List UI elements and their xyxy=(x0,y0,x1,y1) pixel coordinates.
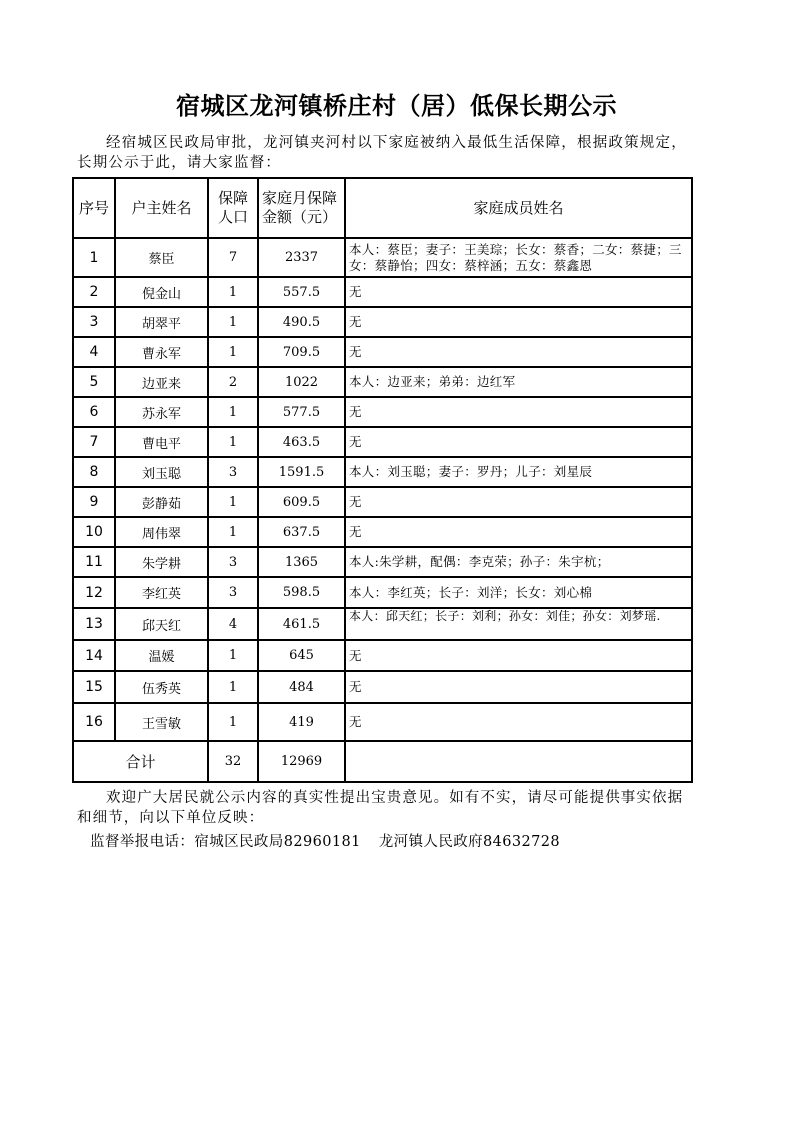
table-row: 4 曹永军 1 709.5 无 xyxy=(73,337,692,367)
cell-amount: 1022 xyxy=(258,367,345,397)
cell-head-name: 李红英 xyxy=(115,577,208,608)
total-row: 合计 32 12969 xyxy=(73,741,692,782)
cell-members: 无 xyxy=(345,277,692,307)
cell-seq: 14 xyxy=(73,640,115,671)
cell-persons: 1 xyxy=(208,427,258,457)
table-row: 6 苏永军 1 577.5 无 xyxy=(73,397,692,427)
cell-head-name: 王雪敏 xyxy=(115,703,208,741)
table-row: 8 刘玉聪 3 1591.5 本人：刘玉聪；妻子：罗丹；儿子：刘星辰 xyxy=(73,457,692,487)
total-label: 合计 xyxy=(73,741,208,782)
cell-head-name: 边亚来 xyxy=(115,367,208,397)
cell-members: 无 xyxy=(345,703,692,741)
header-head-name: 户主姓名 xyxy=(115,178,208,238)
cell-seq: 1 xyxy=(73,238,115,277)
cell-members: 无 xyxy=(345,640,692,671)
cell-amount: 577.5 xyxy=(258,397,345,427)
cell-members: 本人：刘玉聪；妻子：罗丹；儿子：刘星辰 xyxy=(345,457,692,487)
cell-members: 无 xyxy=(345,307,692,337)
total-persons: 32 xyxy=(208,741,258,782)
header-members: 家庭成员姓名 xyxy=(345,178,692,238)
cell-head-name: 温媛 xyxy=(115,640,208,671)
cell-seq: 8 xyxy=(73,457,115,487)
cell-amount: 637.5 xyxy=(258,517,345,547)
table-row: 13 邱天红 4 461.5 本人：邱天红；长子：刘利；孙女：刘佳；孙女：刘梦瑶… xyxy=(73,608,692,640)
hotline-label: 监督举报电话： xyxy=(90,834,194,850)
header-amount: 家庭月保障金额（元） xyxy=(258,178,345,238)
assistance-table: 序号 户主姓名 保障人口 家庭月保障金额（元） 家庭成员姓名 1 蔡臣 7 23… xyxy=(72,177,693,783)
cell-head-name: 周伟翠 xyxy=(115,517,208,547)
table-row: 7 曹电平 1 463.5 无 xyxy=(73,427,692,457)
cell-amount: 419 xyxy=(258,703,345,741)
total-amount: 12969 xyxy=(258,741,345,782)
cell-head-name: 倪金山 xyxy=(115,277,208,307)
cell-amount: 484 xyxy=(258,671,345,703)
cell-seq: 9 xyxy=(73,487,115,517)
table-row: 5 边亚来 2 1022 本人：边亚来；弟弟：边红军 xyxy=(73,367,692,397)
cell-amount: 557.5 xyxy=(258,277,345,307)
cell-seq: 15 xyxy=(73,671,115,703)
table-row: 11 朱学耕 3 1365 本人:朱学耕，配偶：李克荣；孙子：朱宇杭； xyxy=(73,547,692,577)
cell-persons: 3 xyxy=(208,547,258,577)
cell-seq: 10 xyxy=(73,517,115,547)
cell-seq: 3 xyxy=(73,307,115,337)
cell-amount: 598.5 xyxy=(258,577,345,608)
table-header-row: 序号 户主姓名 保障人口 家庭月保障金额（元） 家庭成员姓名 xyxy=(73,178,692,238)
hotline-line: 监督举报电话：宿城区民政局82960181龙河镇人民政府84632728 xyxy=(90,832,560,852)
cell-members: 本人：李红英；长子：刘洋；长女：刘心棉 xyxy=(345,577,692,608)
table-row: 1 蔡臣 7 2337 本人：蔡臣；妻子：王美琮；长女：蔡香；二女：蔡捷；三女：… xyxy=(73,238,692,277)
table-row: 10 周伟翠 1 637.5 无 xyxy=(73,517,692,547)
cell-seq: 7 xyxy=(73,427,115,457)
cell-members: 无 xyxy=(345,397,692,427)
cell-members: 无 xyxy=(345,337,692,367)
cell-amount: 1365 xyxy=(258,547,345,577)
cell-seq: 2 xyxy=(73,277,115,307)
cell-persons: 3 xyxy=(208,577,258,608)
cell-amount: 645 xyxy=(258,640,345,671)
table-row: 2 倪金山 1 557.5 无 xyxy=(73,277,692,307)
cell-amount: 463.5 xyxy=(258,427,345,457)
cell-members: 本人:朱学耕，配偶：李克荣；孙子：朱宇杭； xyxy=(345,547,692,577)
cell-amount: 709.5 xyxy=(258,337,345,367)
cell-amount: 490.5 xyxy=(258,307,345,337)
cell-members: 无 xyxy=(345,487,692,517)
cell-head-name: 苏永军 xyxy=(115,397,208,427)
cell-members: 本人：边亚来；弟弟：边红军 xyxy=(345,367,692,397)
cell-amount: 2337 xyxy=(258,238,345,277)
cell-seq: 13 xyxy=(73,608,115,640)
cell-persons: 1 xyxy=(208,337,258,367)
cell-amount: 1591.5 xyxy=(258,457,345,487)
cell-head-name: 蔡臣 xyxy=(115,238,208,277)
cell-members: 本人：邱天红；长子：刘利；孙女：刘佳；孙女：刘梦瑶. xyxy=(345,608,692,640)
hotline-town-government: 龙河镇人民政府84632728 xyxy=(379,834,560,850)
cell-seq: 4 xyxy=(73,337,115,367)
cell-amount: 609.5 xyxy=(258,487,345,517)
cell-persons: 1 xyxy=(208,703,258,741)
cell-amount: 461.5 xyxy=(258,608,345,640)
cell-head-name: 曹永军 xyxy=(115,337,208,367)
cell-persons: 1 xyxy=(208,487,258,517)
page-title: 宿城区龙河镇桥庄村（居）低保长期公示 xyxy=(0,90,793,122)
cell-head-name: 刘玉聪 xyxy=(115,457,208,487)
hotline-civil-affairs: 宿城区民政局82960181 xyxy=(194,834,360,850)
cell-seq: 6 xyxy=(73,397,115,427)
cell-head-name: 曹电平 xyxy=(115,427,208,457)
cell-members: 无 xyxy=(345,517,692,547)
table-row: 16 王雪敏 1 419 无 xyxy=(73,703,692,741)
cell-persons: 1 xyxy=(208,307,258,337)
cell-persons: 1 xyxy=(208,277,258,307)
cell-persons: 2 xyxy=(208,367,258,397)
cell-persons: 1 xyxy=(208,640,258,671)
cell-members: 无 xyxy=(345,671,692,703)
table-row: 14 温媛 1 645 无 xyxy=(73,640,692,671)
table-row: 12 李红英 3 598.5 本人：李红英；长子：刘洋；长女：刘心棉 xyxy=(73,577,692,608)
cell-head-name: 邱天红 xyxy=(115,608,208,640)
cell-members: 本人：蔡臣；妻子：王美琮；长女：蔡香；二女：蔡捷；三女：蔡静怡；四女：蔡梓涵；五… xyxy=(345,238,692,277)
cell-persons: 3 xyxy=(208,457,258,487)
cell-persons: 7 xyxy=(208,238,258,277)
table-row: 15 伍秀英 1 484 无 xyxy=(73,671,692,703)
cell-seq: 16 xyxy=(73,703,115,741)
header-seq: 序号 xyxy=(73,178,115,238)
intro-paragraph: 经宿城区民政局审批，龙河镇夹河村以下家庭被纳入最低生活保障，根据政策规定，长期公… xyxy=(77,133,689,173)
cell-persons: 1 xyxy=(208,517,258,547)
cell-head-name: 彭静茹 xyxy=(115,487,208,517)
cell-persons: 1 xyxy=(208,397,258,427)
header-persons: 保障人口 xyxy=(208,178,258,238)
cell-seq: 5 xyxy=(73,367,115,397)
feedback-paragraph: 欢迎广大居民就公示内容的真实性提出宝贵意见。如有不实，请尽可能提供事实依据和细节… xyxy=(77,788,689,828)
total-members xyxy=(345,741,692,782)
cell-seq: 11 xyxy=(73,547,115,577)
cell-persons: 4 xyxy=(208,608,258,640)
cell-head-name: 朱学耕 xyxy=(115,547,208,577)
cell-head-name: 伍秀英 xyxy=(115,671,208,703)
cell-members: 无 xyxy=(345,427,692,457)
cell-persons: 1 xyxy=(208,671,258,703)
cell-seq: 12 xyxy=(73,577,115,608)
cell-head-name: 胡翠平 xyxy=(115,307,208,337)
table-row: 3 胡翠平 1 490.5 无 xyxy=(73,307,692,337)
table-row: 9 彭静茹 1 609.5 无 xyxy=(73,487,692,517)
